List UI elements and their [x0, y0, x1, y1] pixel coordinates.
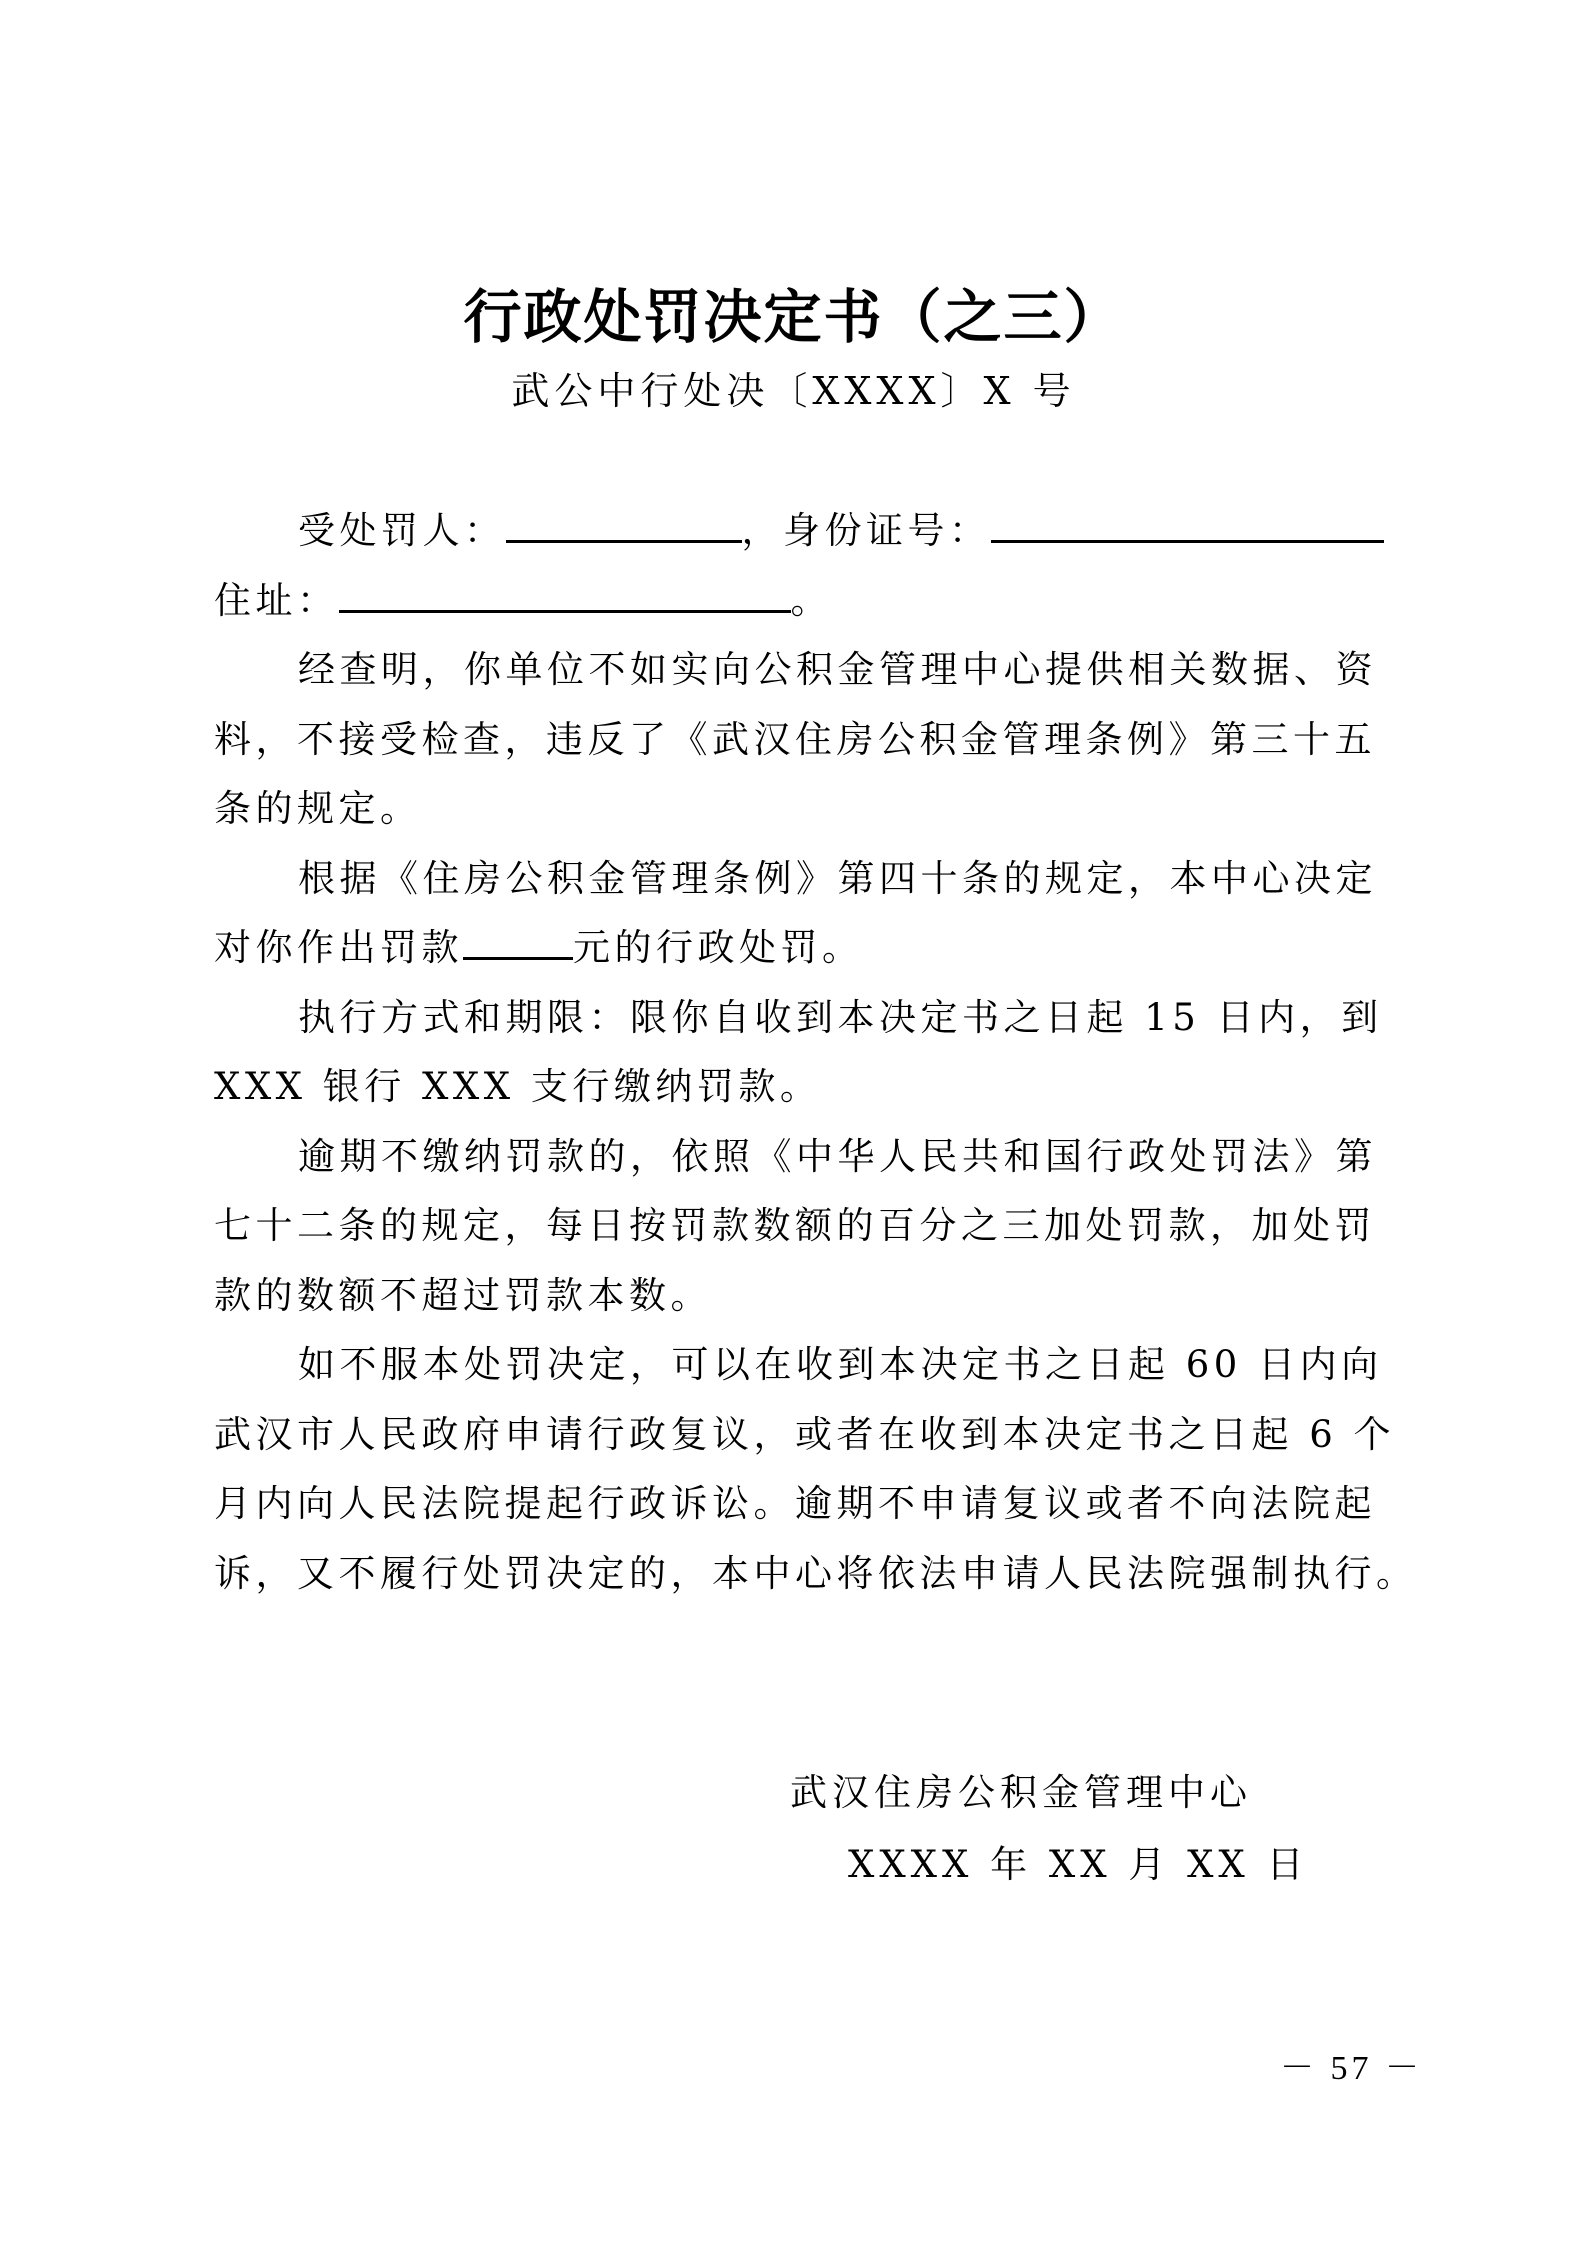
address-end: 。	[791, 579, 833, 622]
paragraph-line: 款的数额不超过罚款本数。	[214, 1261, 1394, 1331]
overdue-paragraph: 逾期不缴纳罚款的，依照《中华人民共和国行政处罚法》第 七十二条的规定，每日按罚款…	[214, 1122, 1394, 1331]
id-number-field[interactable]	[991, 506, 1384, 543]
fine-suffix: 元的行政处罚。	[573, 926, 864, 969]
document-body: 受处罚人：，身份证号： 住址：。 经查明，你单位不如实向公积金管理中心提供相关数…	[214, 496, 1394, 1608]
fine-prefix: 对你作出罚款	[214, 926, 463, 969]
document-title: 行政处罚决定书（之三）	[0, 282, 1587, 352]
separator: ，	[742, 509, 784, 552]
page-number: － 57 －	[1280, 2040, 1423, 2089]
paragraph-line: 执行方式和期限：限你自收到本决定书之日起 15 日内，到	[214, 983, 1394, 1053]
paragraph-line: 对你作出罚款元的行政处罚。	[214, 913, 1394, 983]
paragraph-line: 条的规定。	[214, 774, 1394, 844]
document-number: 武公中行处决〔XXXX〕X 号	[0, 366, 1587, 416]
paragraph-line: 如不服本处罚决定，可以在收到本决定书之日起 60 日内向	[214, 1330, 1394, 1400]
address-line: 住址：。	[214, 566, 1394, 636]
appeal-paragraph: 如不服本处罚决定，可以在收到本决定书之日起 60 日内向 武汉市人民政府申请行政…	[214, 1330, 1394, 1608]
issue-date: XXXX 年 XX 月 XX 日	[848, 1834, 1309, 1888]
paragraph-line: 诉，又不履行处罚决定的，本中心将依法申请人民法院强制执行。	[214, 1539, 1394, 1609]
respondent-field[interactable]	[506, 506, 742, 543]
paragraph-line: 月内向人民法院提起行政诉讼。逾期不申请复议或者不向法院起	[214, 1469, 1394, 1539]
issuing-organization: 武汉住房公积金管理中心	[790, 1762, 1252, 1816]
paragraph-line: 经查明，你单位不如实向公积金管理中心提供相关数据、资	[214, 635, 1394, 705]
address-field[interactable]	[339, 576, 791, 613]
paragraph-line: 根据《住房公积金管理条例》第四十条的规定，本中心决定	[214, 844, 1394, 914]
paragraph-line: 逾期不缴纳罚款的，依照《中华人民共和国行政处罚法》第	[214, 1122, 1394, 1192]
document-page: 行政处罚决定书（之三） 武公中行处决〔XXXX〕X 号 受处罚人：，身份证号： …	[0, 0, 1587, 2245]
respondent-line: 受处罚人：，身份证号：	[214, 496, 1394, 566]
execution-paragraph: 执行方式和期限：限你自收到本决定书之日起 15 日内，到 XXX 银行 XXX …	[214, 983, 1394, 1122]
findings-paragraph: 经查明，你单位不如实向公积金管理中心提供相关数据、资 料，不接受检查，违反了《武…	[214, 635, 1394, 844]
id-label: 身份证号：	[783, 509, 991, 552]
paragraph-line: 料，不接受检查，违反了《武汉住房公积金管理条例》第三十五	[214, 705, 1394, 775]
paragraph-line: 七十二条的规定，每日按罚款数额的百分之三加处罚款，加处罚	[214, 1191, 1394, 1261]
address-label: 住址：	[214, 579, 339, 622]
fine-amount-field[interactable]	[463, 923, 573, 960]
respondent-label: 受处罚人：	[298, 509, 506, 552]
paragraph-line: 武汉市人民政府申请行政复议，或者在收到本决定书之日起 6 个	[214, 1400, 1394, 1470]
decision-paragraph: 根据《住房公积金管理条例》第四十条的规定，本中心决定 对你作出罚款元的行政处罚。	[214, 844, 1394, 983]
paragraph-line: XXX 银行 XXX 支行缴纳罚款。	[214, 1052, 1394, 1122]
